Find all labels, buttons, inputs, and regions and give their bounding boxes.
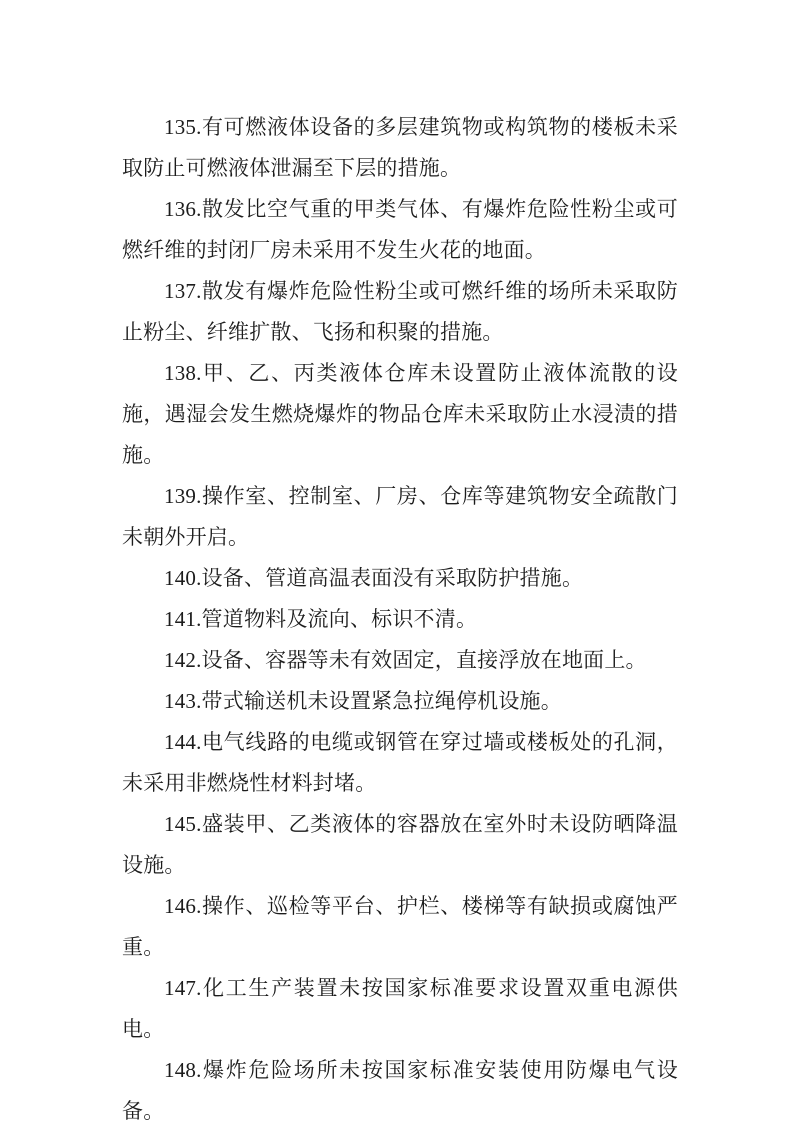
list-item: 148.爆炸危险场所未按国家标准安装使用防爆电气设备。 bbox=[122, 1050, 678, 1131]
list-item: 137.散发有爆炸危险性粉尘或可燃纤维的场所未采取防止粉尘、纤维扩散、飞扬和积聚… bbox=[122, 271, 678, 353]
document-page: 135.有可燃液体设备的多层建筑物或构筑物的楼板未采取防止可燃液体泄漏至下层的措… bbox=[0, 0, 800, 1131]
list-item: 140.设备、管道高温表面没有采取防护措施。 bbox=[122, 558, 678, 599]
list-item: 147.化工生产装置未按国家标准要求设置双重电源供电。 bbox=[122, 968, 678, 1050]
list-item: 136.散发比空气重的甲类气体、有爆炸危险性粉尘或可燃纤维的封闭厂房未采用不发生… bbox=[122, 189, 678, 271]
list-item: 143.带式输送机未设置紧急拉绳停机设施。 bbox=[122, 681, 678, 722]
list-item: 146.操作、巡检等平台、护栏、楼梯等有缺损或腐蚀严重。 bbox=[122, 886, 678, 968]
list-item: 144.电气线路的电缆或钢管在穿过墙或楼板处的孔洞，未采用非燃烧性材料封堵。 bbox=[122, 722, 678, 804]
list-item: 135.有可燃液体设备的多层建筑物或构筑物的楼板未采取防止可燃液体泄漏至下层的措… bbox=[122, 107, 678, 189]
list-item: 138.甲、乙、丙类液体仓库未设置防止液体流散的设施，遇湿会发生燃烧爆炸的物品仓… bbox=[122, 353, 678, 476]
list-item: 142.设备、容器等未有效固定，直接浮放在地面上。 bbox=[122, 640, 678, 681]
list-item: 139.操作室、控制室、厂房、仓库等建筑物安全疏散门未朝外开启。 bbox=[122, 476, 678, 558]
list-item: 145.盛装甲、乙类液体的容器放在室外时未设防晒降温设施。 bbox=[122, 804, 678, 886]
document-text-block: 135.有可燃液体设备的多层建筑物或构筑物的楼板未采取防止可燃液体泄漏至下层的措… bbox=[122, 107, 678, 1131]
list-item: 141.管道物料及流向、标识不清。 bbox=[122, 599, 678, 640]
